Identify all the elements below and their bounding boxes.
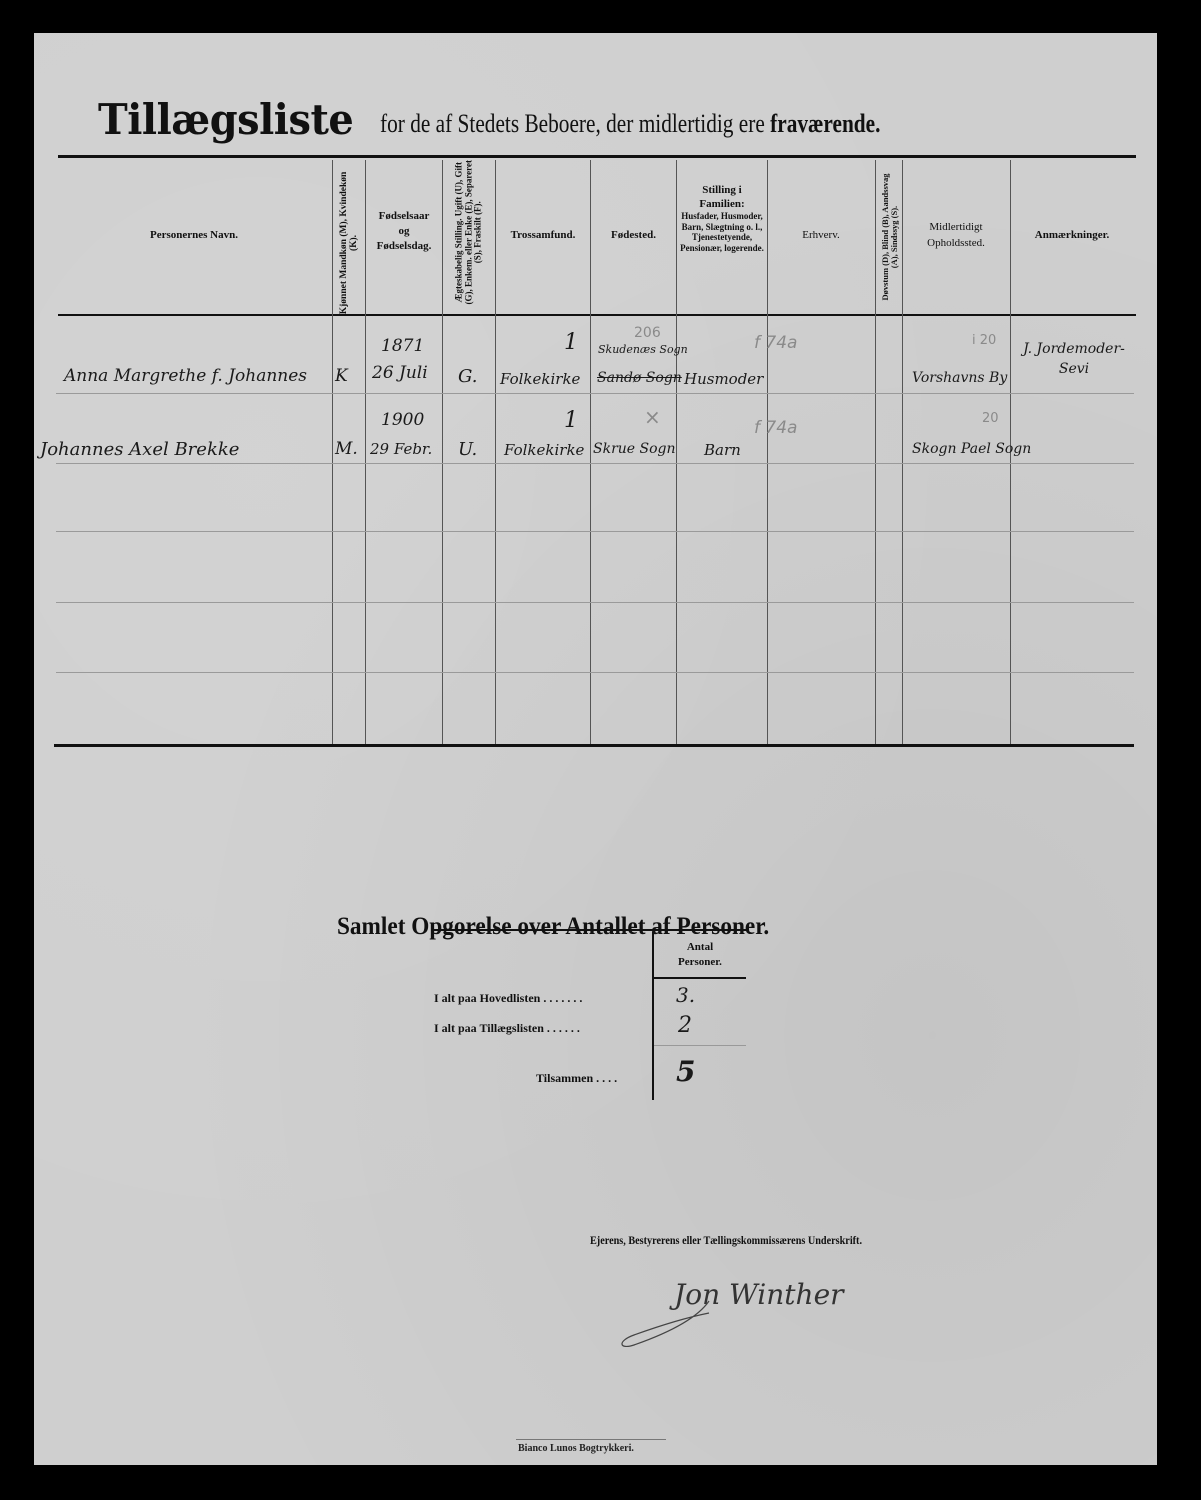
form-title: Tillægsliste for de af Stedets Beboere, …: [98, 95, 1098, 145]
summary-title: Samlet Opgorelse over Antallet af Person…: [337, 913, 769, 941]
cell-sex: M.: [335, 439, 358, 459]
cell-marital: U.: [458, 439, 477, 460]
cell-religion: Folkekirke: [500, 370, 580, 388]
title-bold-end: fraværende.: [770, 109, 880, 138]
summary-col-header: Antal Personer.: [654, 940, 746, 970]
header-rule: [58, 314, 1136, 316]
row-separator: [56, 602, 1134, 603]
cell-birth-day: 26 Juli: [372, 363, 428, 383]
cell-marital: G.: [458, 366, 477, 387]
header-sex: Kjønnet Mandkøn (M), Kvindekøn (K).: [339, 163, 359, 323]
title-main: Tillægsliste: [98, 95, 353, 144]
table-bottom-rule: [54, 744, 1134, 747]
header-marital: Ægteskabelig Stilling. Ugift (U), Gift (…: [454, 155, 483, 310]
summary-header-rule: [654, 977, 746, 979]
cell-family-position: Husmoder: [684, 370, 763, 388]
header-temp-residence: Midlertidigt Opholdssted.: [902, 219, 1010, 251]
row-separator: [56, 393, 1134, 394]
col-line: [590, 160, 591, 744]
cell-occupation-pencil: f 74a: [754, 333, 797, 353]
row-separator: [56, 463, 1134, 464]
cell-residence-pencil: 20: [982, 411, 999, 426]
header-occupation: Erhverv.: [767, 229, 875, 241]
col-line: [495, 160, 496, 744]
census-form-page: Tillægsliste for de af Stedets Beboere, …: [34, 33, 1157, 1465]
cell-birthplace-pencil: ×: [644, 405, 661, 429]
row-separator: [56, 531, 1134, 532]
cell-birthplace: Skrue Sogn: [593, 441, 676, 457]
col-line: [875, 160, 876, 744]
cell-temp-residence: Vorshavns By: [912, 370, 1007, 386]
header-name: Personernes Navn.: [94, 229, 294, 241]
title-subtitle: for de af Stedets Beboere, der midlertid…: [380, 109, 880, 139]
cell-birth-year: 1900: [381, 410, 424, 430]
cell-birthplace-above: Skudenæs Sogn: [598, 343, 688, 356]
cell-family-position: Barn: [704, 441, 741, 459]
row-separator: [56, 672, 1134, 673]
cell-religion-mark: 1: [564, 330, 578, 355]
summary-subtotal-rule: [654, 1045, 746, 1046]
col-line: [332, 160, 333, 744]
printer-imprint: Bianco Lunos Bogtrykkeri.: [518, 1443, 634, 1454]
cell-remarks: J. Jordemoder-Sevi: [1014, 339, 1134, 379]
header-disability: Døvstum (D), Blind (B), Aandssvag (A), S…: [881, 172, 899, 302]
signature-caption: Ejerens, Bestyrerens eller Tællingskommi…: [590, 1233, 862, 1248]
cell-occupation-pencil: f 74a: [754, 418, 797, 438]
cell-birth-day: 29 Febr.: [370, 440, 432, 458]
header-birth: Fødselsaar og Fødselsdag.: [365, 209, 443, 254]
cell-religion: Folkekirke: [504, 441, 584, 459]
summary-top-rule: [434, 929, 746, 931]
cell-name: Anna Margrethe f. Johannes: [64, 366, 307, 386]
top-rule: [58, 155, 1136, 158]
cell-birthplace-pencil: 206: [634, 325, 661, 341]
cell-religion-mark: 1: [564, 408, 578, 433]
cell-name: Johannes Axel Brekke: [40, 439, 239, 460]
signature-flourish: [614, 1293, 734, 1353]
cell-birthplace: Sandø Sogn: [597, 370, 682, 386]
cell-residence-pencil: i 20: [972, 333, 996, 348]
header-remarks: Anmærkninger.: [1010, 229, 1134, 241]
header-family-position: Stilling i Familien: Husfader, Husmoder,…: [676, 183, 768, 253]
cell-sex: K: [335, 366, 348, 386]
cell-temp-residence: Skogn Pael Sogn: [912, 441, 1031, 457]
header-religion: Trossamfund.: [495, 229, 591, 241]
header-birthplace: Fødested.: [590, 229, 677, 241]
summary-value: 5: [676, 1055, 695, 1088]
summary-value: 2: [678, 1013, 692, 1038]
summary-value: 3.: [676, 983, 695, 1007]
printer-rule: [516, 1439, 666, 1440]
cell-birth-year: 1871: [381, 336, 424, 356]
